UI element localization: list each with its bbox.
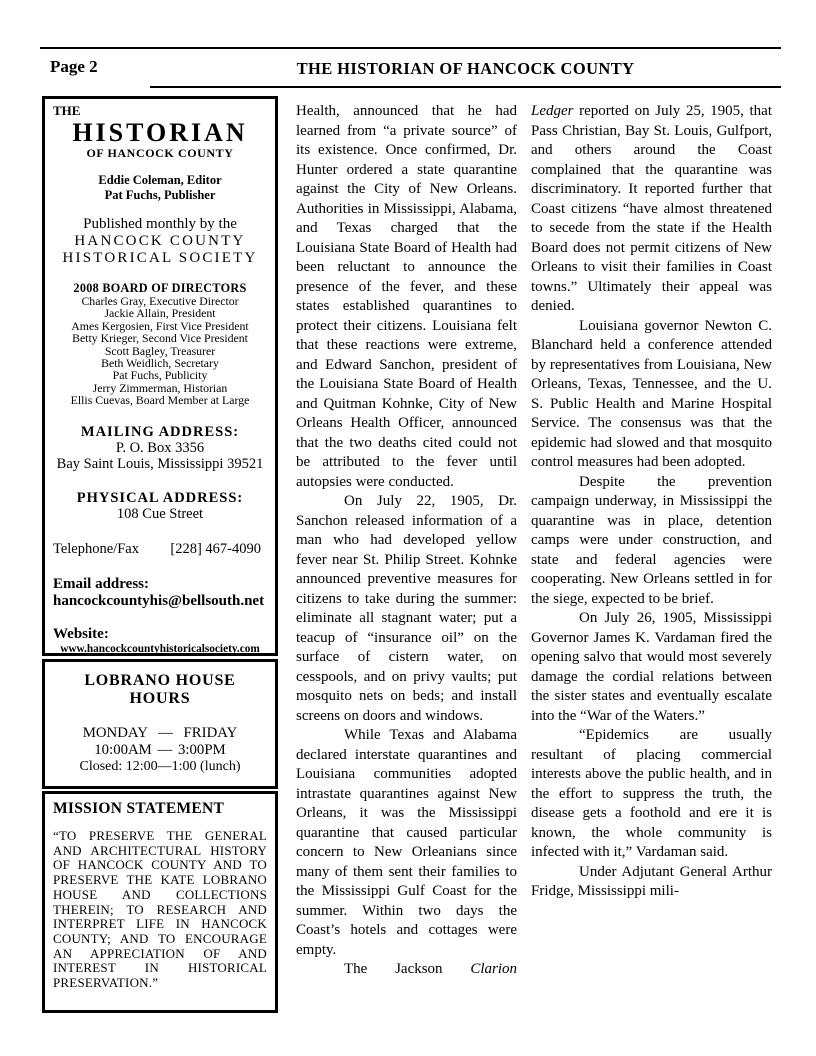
org-name-line2: HISTORICAL SOCIETY (53, 250, 267, 267)
page-number: Page 2 (50, 57, 98, 77)
mission-heading: MISSION STATEMENT (53, 800, 267, 818)
board-member: Pat Fuchs, Publicity (53, 369, 267, 381)
email-label: Email address: (53, 576, 267, 593)
email-address: hancockcountyhis@bellsouth.net (53, 593, 267, 610)
article-paragraph: “Epidemics are usually resultant of plac… (531, 726, 772, 863)
article-paragraph: Louisiana governor Newton C. Blanchard h… (531, 317, 772, 473)
sidebar: THE HISTORIAN OF HANCOCK COUNTY Eddie Co… (42, 96, 278, 1013)
phone-number: [228] 467-4090 (170, 541, 261, 558)
article-paragraph: Ledger reported on July 25, 1905, that P… (531, 102, 772, 317)
publication-name: Clarion (470, 961, 517, 977)
board-member: Ellis Cuevas, Board Member at Large (53, 394, 267, 406)
hours-title-line2: HOURS (51, 690, 269, 708)
article-paragraph: On July 22, 1905, Dr. Sanchon released i… (296, 492, 517, 726)
hours-closed: Closed: 12:00—1:00 (lunch) (51, 759, 269, 775)
board-member: Betty Krieger, Second Vice President (53, 332, 267, 344)
hours-box: LOBRANO HOUSE HOURS MONDAY — FRIDAY 10:0… (42, 659, 278, 789)
phone-row: Telephone/Fax [228] 467-4090 (53, 541, 267, 558)
page-title: THE HISTORIAN OF HANCOCK COUNTY (150, 59, 781, 79)
header-top-rule (40, 47, 781, 49)
masthead-the: THE (53, 103, 267, 118)
article-paragraph: Under Adjutant General Arthur Fridge, Mi… (531, 863, 772, 902)
published-monthly-line: Published monthly by the (53, 216, 267, 233)
mission-statement-text: “TO PRESERVE THE GENERAL AND ARCHITECTUR… (53, 829, 267, 991)
paragraph-text: reported on July 25, 1905, that Pass Chr… (531, 103, 772, 314)
website-url: www.hancockcountyhistoricalsociety.com (53, 643, 267, 656)
mailing-address-line2: Bay Saint Louis, Mississippi 39521 (53, 456, 267, 473)
masthead-name: HISTORIAN (53, 119, 267, 146)
board-heading: 2008 BOARD OF DIRECTORS (53, 281, 267, 295)
paragraph-text: The Jackson (344, 961, 470, 977)
article-paragraph: On July 26, 1905, Mississippi Governor J… (531, 609, 772, 726)
article-column-1: Health, announced that he had learned fr… (296, 102, 517, 980)
newsletter-page: Page 2 THE HISTORIAN OF HANCOCK COUNTY T… (0, 0, 816, 1056)
website-label: Website: (53, 626, 267, 643)
header-bottom-rule (150, 86, 781, 88)
masthead-subtitle: OF HANCOCK COUNTY (53, 146, 267, 160)
article-paragraph: While Texas and Alabama declared interst… (296, 726, 517, 960)
hours-title-line1: LOBRANO HOUSE (51, 672, 269, 690)
hours-days: MONDAY — FRIDAY (51, 725, 269, 742)
article-paragraph: Health, announced that he had learned fr… (296, 102, 517, 492)
article-paragraph: Despite the prevention campaign underway… (531, 473, 772, 610)
masthead-box: THE HISTORIAN OF HANCOCK COUNTY Eddie Co… (42, 96, 278, 656)
article-column-2: Ledger reported on July 25, 1905, that P… (531, 102, 772, 902)
physical-address-line1: 108 Cue Street (53, 506, 267, 523)
masthead-editor: Eddie Coleman, Editor (53, 173, 267, 188)
hours-times: 10:00AM — 3:00PM (51, 742, 269, 759)
mailing-address-heading: MAILING ADDRESS: (53, 424, 267, 440)
mailing-address-line1: P. O. Box 3356 (53, 440, 267, 457)
board-member: Jackie Allain, President (53, 307, 267, 319)
phone-label: Telephone/Fax (53, 541, 139, 558)
publication-name: Ledger (531, 103, 574, 119)
mission-box: MISSION STATEMENT “TO PRESERVE THE GENER… (42, 791, 278, 1013)
article-paragraph: The Jackson Clarion (296, 960, 517, 980)
masthead-publisher: Pat Fuchs, Publisher (53, 188, 267, 203)
physical-address-heading: PHYSICAL ADDRESS: (53, 490, 267, 506)
org-name-line1: HANCOCK COUNTY (53, 233, 267, 250)
